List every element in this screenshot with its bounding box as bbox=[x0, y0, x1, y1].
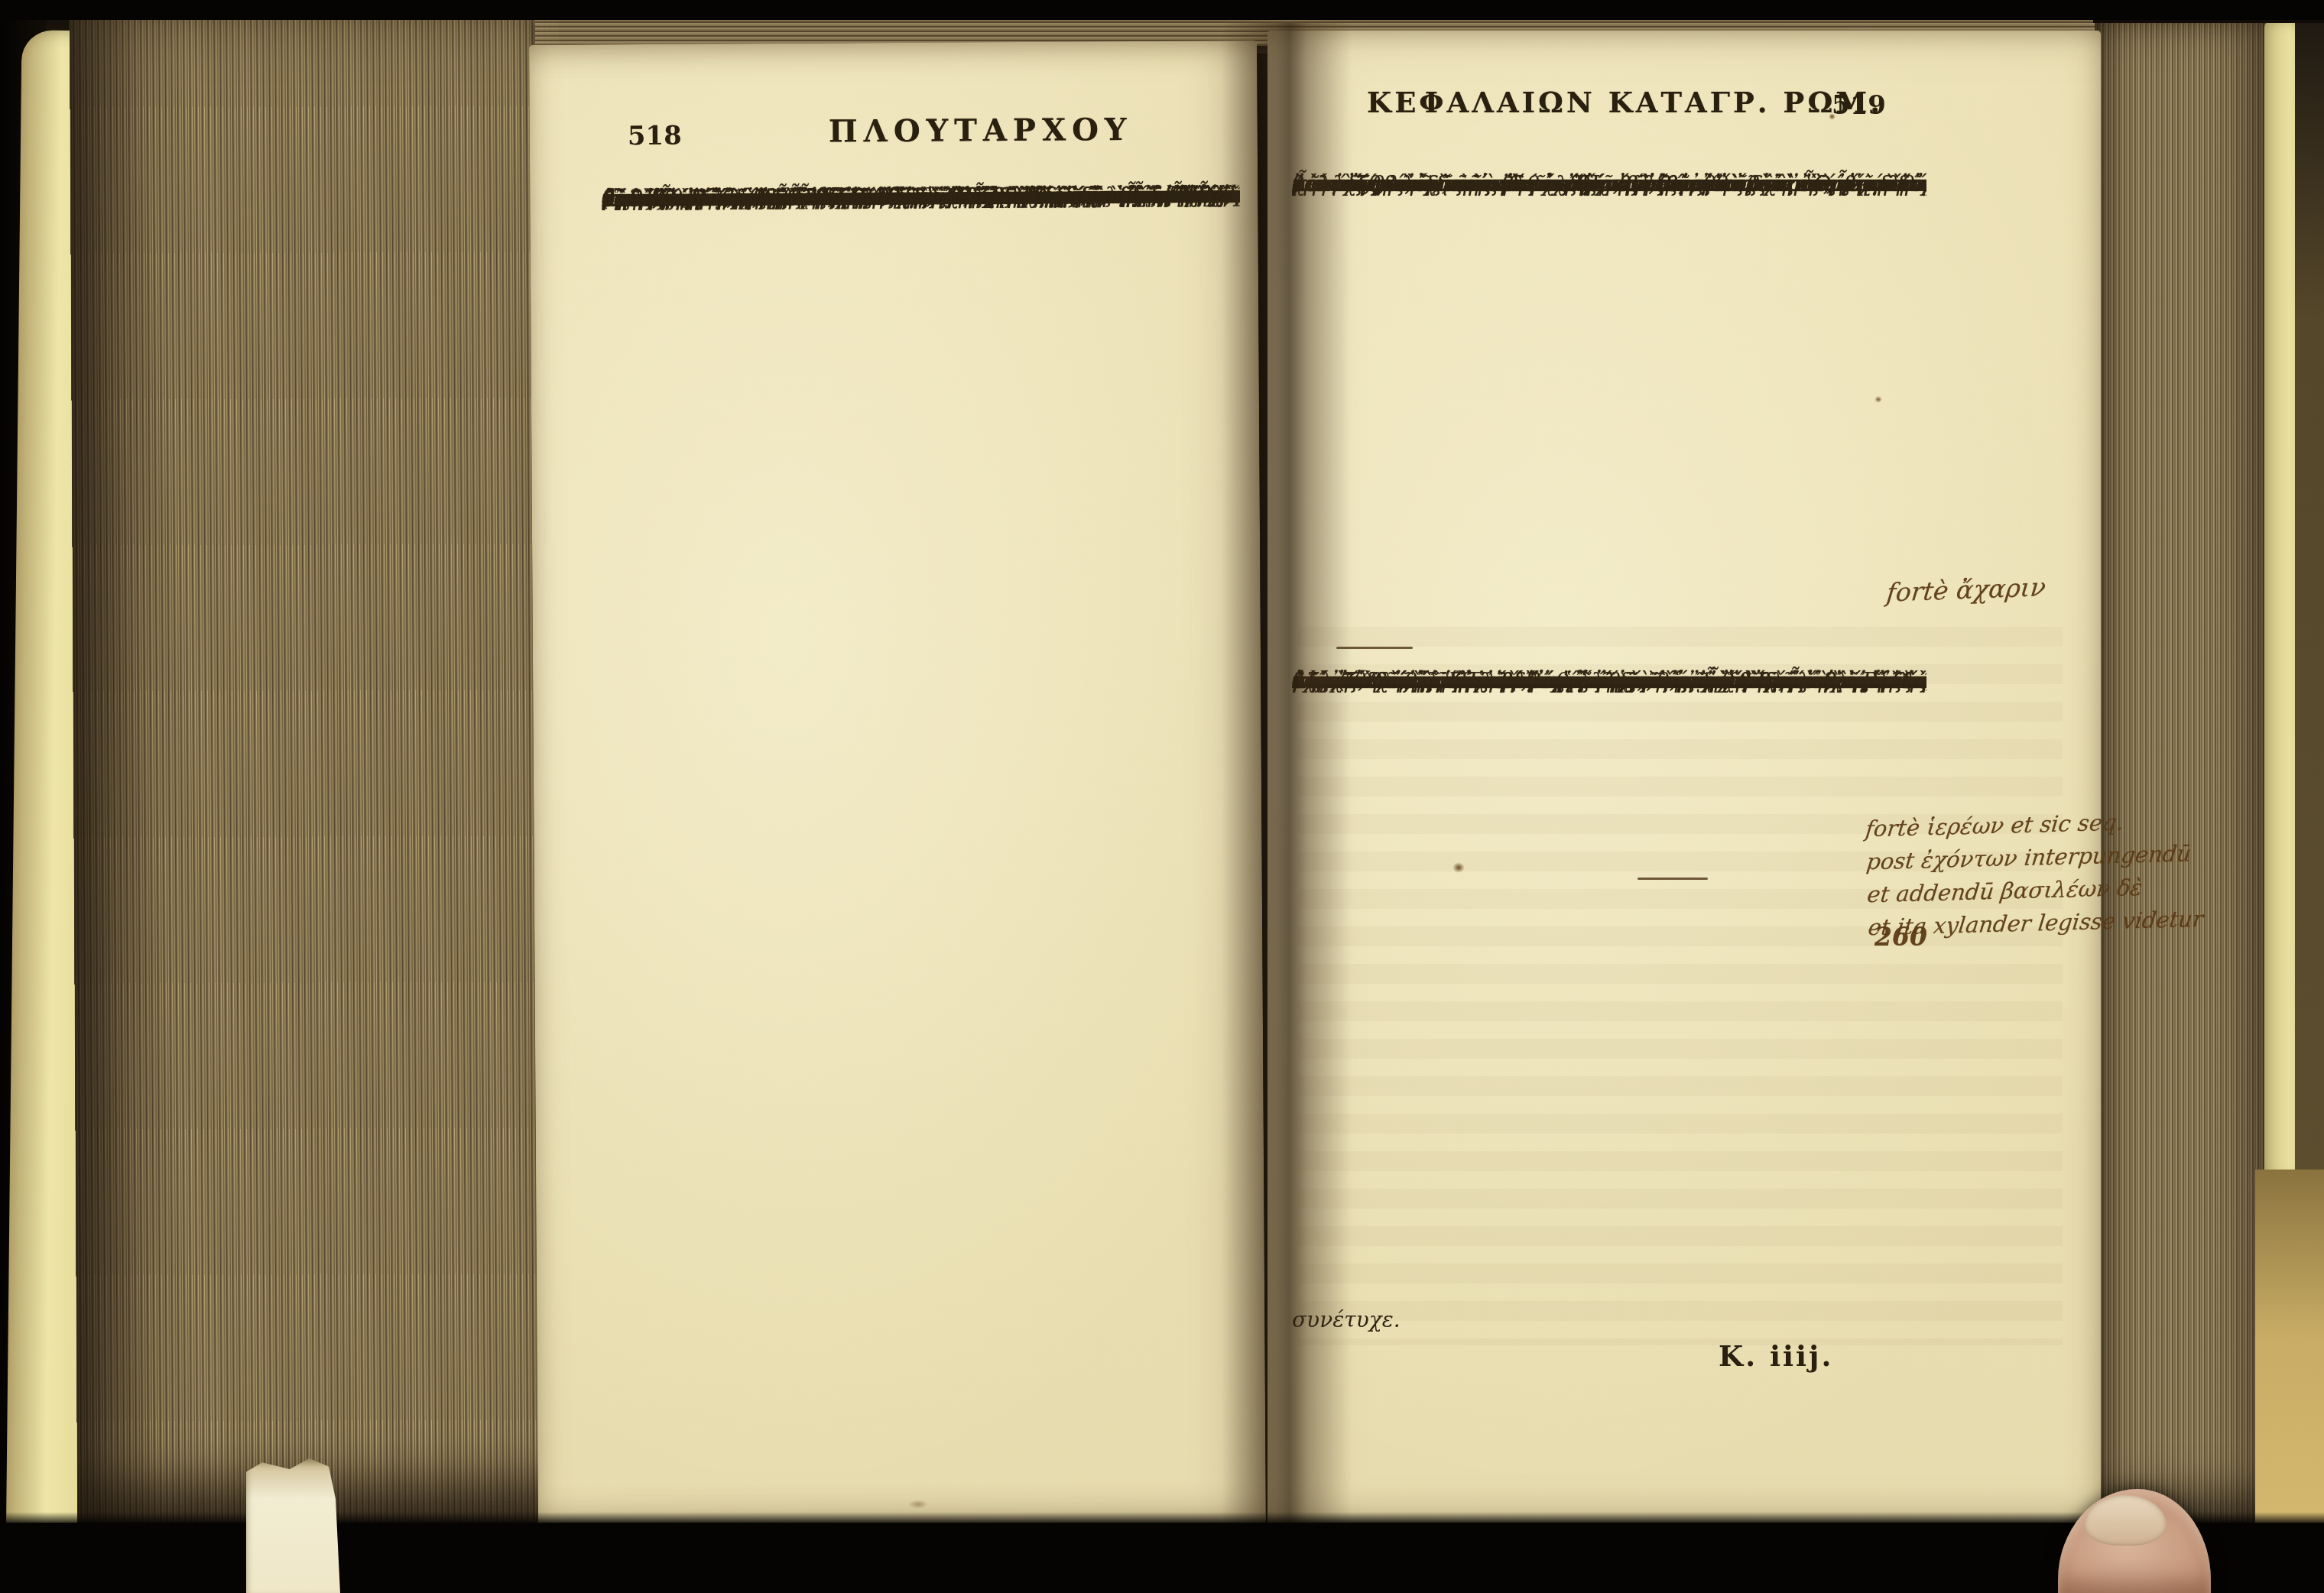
foxing-spot bbox=[1829, 113, 1836, 120]
right-page-closing-line: συνέτυχε. bbox=[1292, 1301, 1401, 1338]
right-page: ΚΕΦΑΛΑΙΩΝ ΚΑΤΑΓΡ. ΡΩΜ. 519 πολλοῖς, οὐκ … bbox=[1267, 31, 2101, 1526]
text-line: νων δεόμενον, σκιᾷ δὲ καὶ χλωρότητος ὄψε… bbox=[602, 175, 1239, 218]
text-line: καὶ χάειν τοῖς ἐπισφαλῶς πρὸς ἐνθουσιασμ… bbox=[1292, 165, 1926, 203]
gathering-signature: K. iiij. bbox=[1719, 1339, 1833, 1373]
left-page-body-text: τὸν ἱερέα τοῦ Διὸς, ὥσπερ ἔμψυχον καὶ ἱε… bbox=[602, 175, 1247, 1432]
text-line: τῶν πολλάκις δὲ καὶ συγγενῶν καὶ οἰκείων… bbox=[1292, 662, 1926, 699]
left-page-fore-edges bbox=[70, 0, 566, 1529]
top-black-strip bbox=[0, 0, 2324, 20]
foxing-spot bbox=[908, 1500, 928, 1509]
right-running-header: ΚΕΦΑΛΑΙΩΝ ΚΑΤΑΓΡ. ΡΩΜ. bbox=[1367, 86, 1883, 119]
right-page-paragraph-2: Διὰ τί τοῖς ἱερεῦσι τούτοις ἄρχειν οὐκ ἐ… bbox=[1292, 662, 1926, 1301]
foxing-spot bbox=[1452, 862, 1465, 873]
underline-hieron bbox=[1638, 878, 1708, 880]
left-running-header: ΠΛΟΥΤΑΡΧΟΥ bbox=[721, 111, 1241, 150]
right-page-paragraph-1: πολλοῖς, οὐκ ᾤοντο δεῖν ἀσύμβολον ἐν ταῖ… bbox=[1292, 165, 1926, 654]
foxing-spot bbox=[1874, 396, 1882, 403]
book-photo: 518 ΠΛΟΥΤΑΡΧΟΥ τὸν ἱερέα τοῦ Διὸς, ὥσπερ… bbox=[0, 0, 2324, 1593]
bottom-shadow bbox=[0, 1523, 2324, 1593]
margin-note-acharin: fortè ἄχαριν bbox=[1885, 572, 2047, 607]
right-page-number: 519 bbox=[1832, 90, 1886, 121]
left-page: 518 ΠΛΟΥΤΑΡΧΟΥ τὸν ἱερέα τοῦ Διὸς, ὥσπερ… bbox=[529, 41, 1266, 1530]
left-page-number: 518 bbox=[628, 121, 682, 151]
thumb-nail bbox=[2084, 1495, 2167, 1546]
margin-note-block: fortè ἱερέων et sic seq.post ἐχόντων int… bbox=[1865, 802, 2296, 945]
underline-chaein bbox=[1336, 647, 1413, 649]
margin-note-number: 260 bbox=[1874, 922, 1927, 952]
